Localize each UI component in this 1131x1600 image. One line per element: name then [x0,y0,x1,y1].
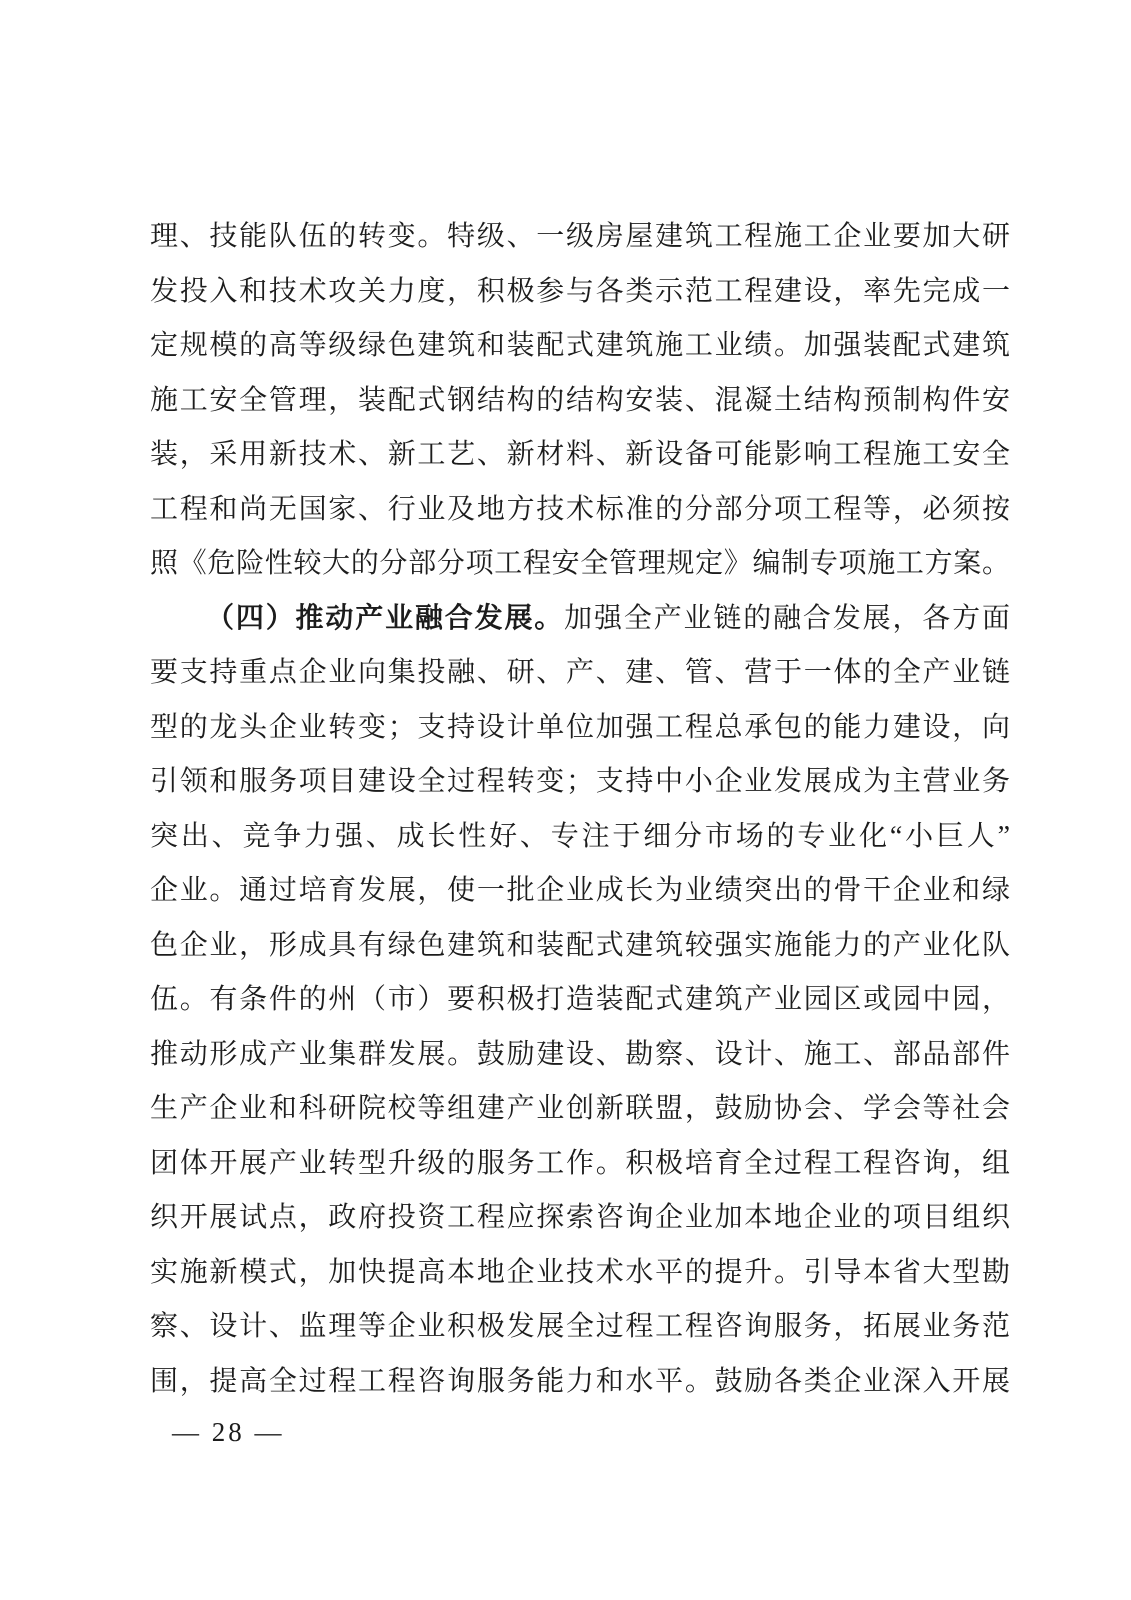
text-line: 推动形成产业集群发展。鼓励建设、勘察、设计、施工、部品部件 [150,1028,1010,1083]
text-line: 实施新模式，加快提高本地企业技术水平的提升。引导本省大型勘 [150,1246,1010,1301]
text-line: 施工安全管理，装配式钢结构的结构安装、混凝土结构预制构件安 [150,374,1010,429]
text-line: 定规模的高等级绿色建筑和装配式建筑施工业绩。加强装配式建筑 [150,319,1010,374]
text-line: 照《危险性较大的分部分项工程安全管理规定》编制专项施工方案。 [150,537,1010,592]
text-line: 团体开展产业转型升级的服务工作。积极培育全过程工程咨询，组 [150,1137,1010,1192]
text-line: 色企业，形成具有绿色建筑和装配式建筑较强实施能力的产业化队 [150,919,1010,974]
text-line: 理、技能队伍的转变。特级、一级房屋建筑工程施工企业要加大研 [150,210,1010,265]
text-line: 生产企业和科研院校等组建产业创新联盟，鼓励协会、学会等社会 [150,1082,1010,1137]
text-line: 突出、竞争力强、成长性好、专注于细分市场的专业化“小巨人” [150,810,1010,865]
text-line: 发投入和技术攻关力度，积极参与各类示范工程建设，率先完成一 [150,265,1010,320]
text-line: 型的龙头企业转变；支持设计单位加强工程总承包的能力建设，向 [150,701,1010,756]
text-line: 装，采用新技术、新工艺、新材料、新设备可能影响工程施工安全 [150,428,1010,483]
section-heading-line: （四）推动产业融合发展。加强全产业链的融合发展，各方面 [150,592,1010,647]
text-line: 工程和尚无国家、行业及地方技术标准的分部分项工程等，必须按 [150,483,1010,538]
text-line: 引领和服务项目建设全过程转变；支持中小企业发展成为主营业务 [150,755,1010,810]
text-line: 察、设计、监理等企业积极发展全过程工程咨询服务，拓展业务范 [150,1300,1010,1355]
page-number: — 28 — [172,1414,285,1450]
section-heading: （四）推动产业融合发展。 [206,603,564,634]
text-line: 要支持重点企业向集投融、研、产、建、管、营于一体的全产业链 [150,646,1010,701]
text-line: 伍。有条件的州（市）要积极打造装配式建筑产业园区或园中园， [150,973,1010,1028]
text-line: 围，提高全过程工程咨询服务能力和水平。鼓励各类企业深入开展 [150,1355,1010,1410]
text-line: 企业。通过培育发展，使一批企业成长为业绩突出的骨干企业和绿 [150,864,1010,919]
text-line: 织开展试点，政府投资工程应探索咨询企业加本地企业的项目组织 [150,1191,1010,1246]
document-page: 理、技能队伍的转变。特级、一级房屋建筑工程施工企业要加大研 发投入和技术攻关力度… [0,0,1131,1600]
body-text: 理、技能队伍的转变。特级、一级房屋建筑工程施工企业要加大研 发投入和技术攻关力度… [150,210,1010,1409]
section-heading-rest: 加强全产业链的融合发展，各方面 [564,603,1010,634]
